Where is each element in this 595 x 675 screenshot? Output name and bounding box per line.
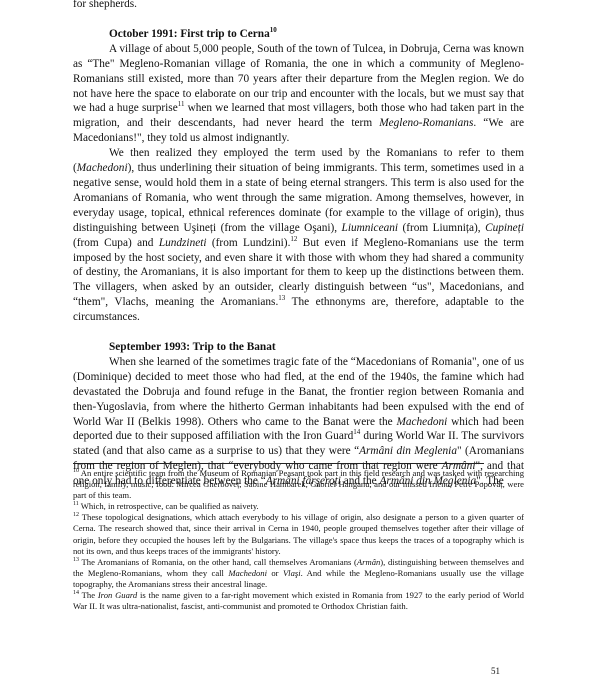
paragraph-cerna-2: We then realized they employed the term …: [73, 146, 524, 325]
footnote-separator: [73, 463, 484, 464]
carryover-line: for shepherds.: [73, 0, 524, 12]
footnote-14: 14 The Iron Guard is the name given to a…: [73, 590, 524, 612]
document-body: for shepherds. October 1991: First trip …: [73, 0, 524, 489]
section-heading-banat: September 1993: Trip to the Banat: [73, 340, 524, 355]
footnote-10: 10 An entire scientific team from the Mu…: [73, 468, 524, 501]
page-number: 51: [491, 666, 500, 675]
footnote-11: 11 Which, in retrospective, can be quali…: [73, 501, 524, 512]
footnote-12: 12 These topological designations, which…: [73, 512, 524, 556]
footnote-13: 13 The Aromanians of Romania, on the oth…: [73, 557, 524, 590]
footnote-ref-10[interactable]: 10: [270, 26, 277, 34]
section-heading-cerna: October 1991: First trip to Cerna10: [73, 27, 524, 42]
footnotes: 10 An entire scientific team from the Mu…: [73, 468, 524, 612]
paragraph-cerna-1: A village of about 5,000 people, South o…: [73, 42, 524, 146]
